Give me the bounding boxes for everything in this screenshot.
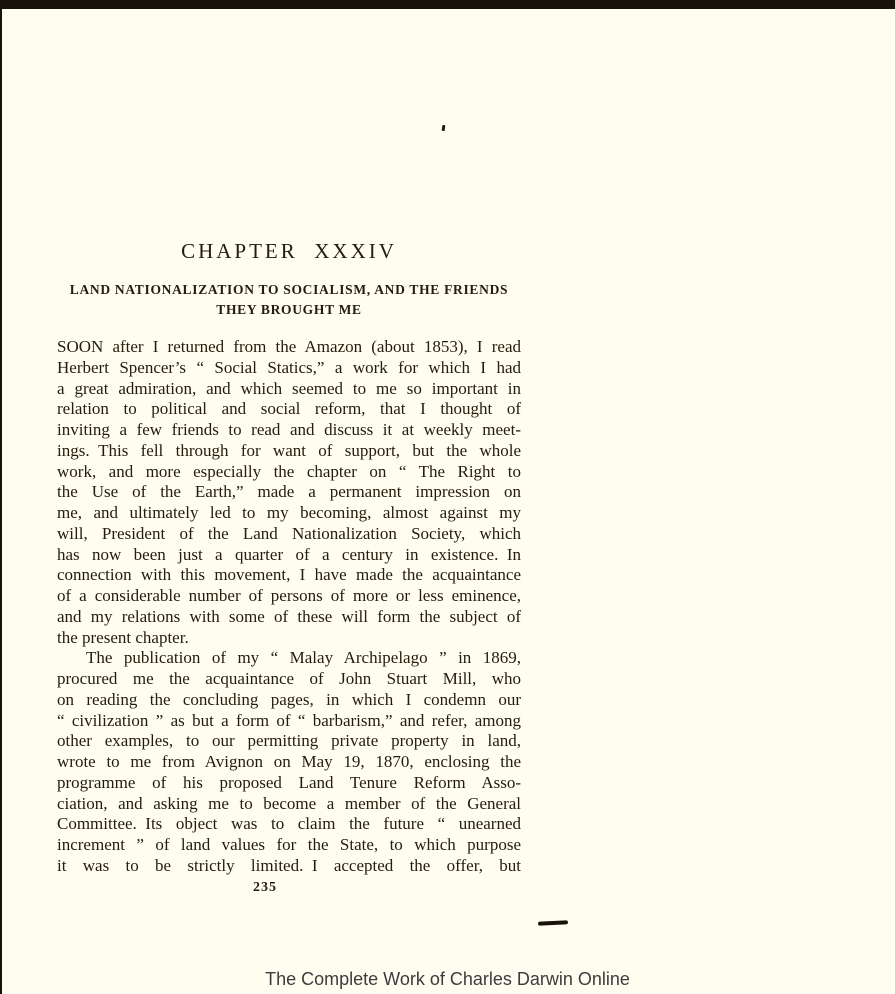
ink-speck <box>442 125 446 131</box>
text-line: programme of his proposed Land Tenure Re… <box>57 773 521 794</box>
text-line: ciation, and asking me to become a membe… <box>57 794 521 815</box>
text-line: it was to be strictly limited. I accepte… <box>57 856 521 877</box>
text-line: ings. This fell through for want of supp… <box>57 441 521 462</box>
scan-top-edge-bar <box>0 0 895 9</box>
text-line: relation to political and social reform,… <box>57 399 521 420</box>
text-line: the present chapter. <box>57 628 521 649</box>
text-line: the Use of the Earth,” made a permanent … <box>57 482 521 503</box>
text-line: work, and more especially the chapter on… <box>57 462 521 483</box>
text-line: of a considerable number of persons of m… <box>57 586 521 607</box>
text-line: other examples, to our permitting privat… <box>57 731 521 752</box>
scan-mark-dash <box>538 920 568 926</box>
chapter-subtitle-line-1: LAND NATIONALIZATION TO SOCIALISM, AND T… <box>37 280 541 300</box>
text-line: procured me the acquaintance of John Stu… <box>57 669 521 690</box>
chapter-subtitle: LAND NATIONALIZATION TO SOCIALISM, AND T… <box>37 280 541 319</box>
chapter-heading: CHAPTER XXXIV <box>57 239 521 264</box>
text-line: Herbert Spencer’s “ Social Statics,” a w… <box>57 358 521 379</box>
text-line: connection with this movement, I have ma… <box>57 565 521 586</box>
text-line: me, and ultimately led to my becoming, a… <box>57 503 521 524</box>
scan-left-edge-line <box>0 0 2 994</box>
text-line: Committee. Its object was to claim the f… <box>57 814 521 835</box>
text-line: has now been just a quarter of a century… <box>57 545 521 566</box>
book-page-scan: CHAPTER XXXIV LAND NATIONALIZATION TO SO… <box>0 0 895 994</box>
site-footer-label: The Complete Work of Charles Darwin Onli… <box>0 969 895 990</box>
text-line: a great admiration, and which seemed to … <box>57 379 521 400</box>
text-line: increment ” of land values for the State… <box>57 835 521 856</box>
chapter-subtitle-line-2: THEY BROUGHT ME <box>37 300 541 320</box>
text-line: on reading the concluding pages, in whic… <box>57 690 521 711</box>
text-line: “ civilization ” as but a form of “ barb… <box>57 711 521 732</box>
text-line: The publication of my “ Malay Archipelag… <box>57 648 521 669</box>
text-line: wrote to me from Avignon on May 19, 1870… <box>57 752 521 773</box>
text-line: will, President of the Land Nationalizat… <box>57 524 521 545</box>
page-number: 235 <box>57 880 473 896</box>
text-line: SOON after I returned from the Amazon (a… <box>57 337 521 358</box>
text-line: inviting a few friends to read and discu… <box>57 420 521 441</box>
body-text: SOON after I returned from the Amazon (a… <box>57 337 521 877</box>
text-line: and my relations with some of these will… <box>57 607 521 628</box>
